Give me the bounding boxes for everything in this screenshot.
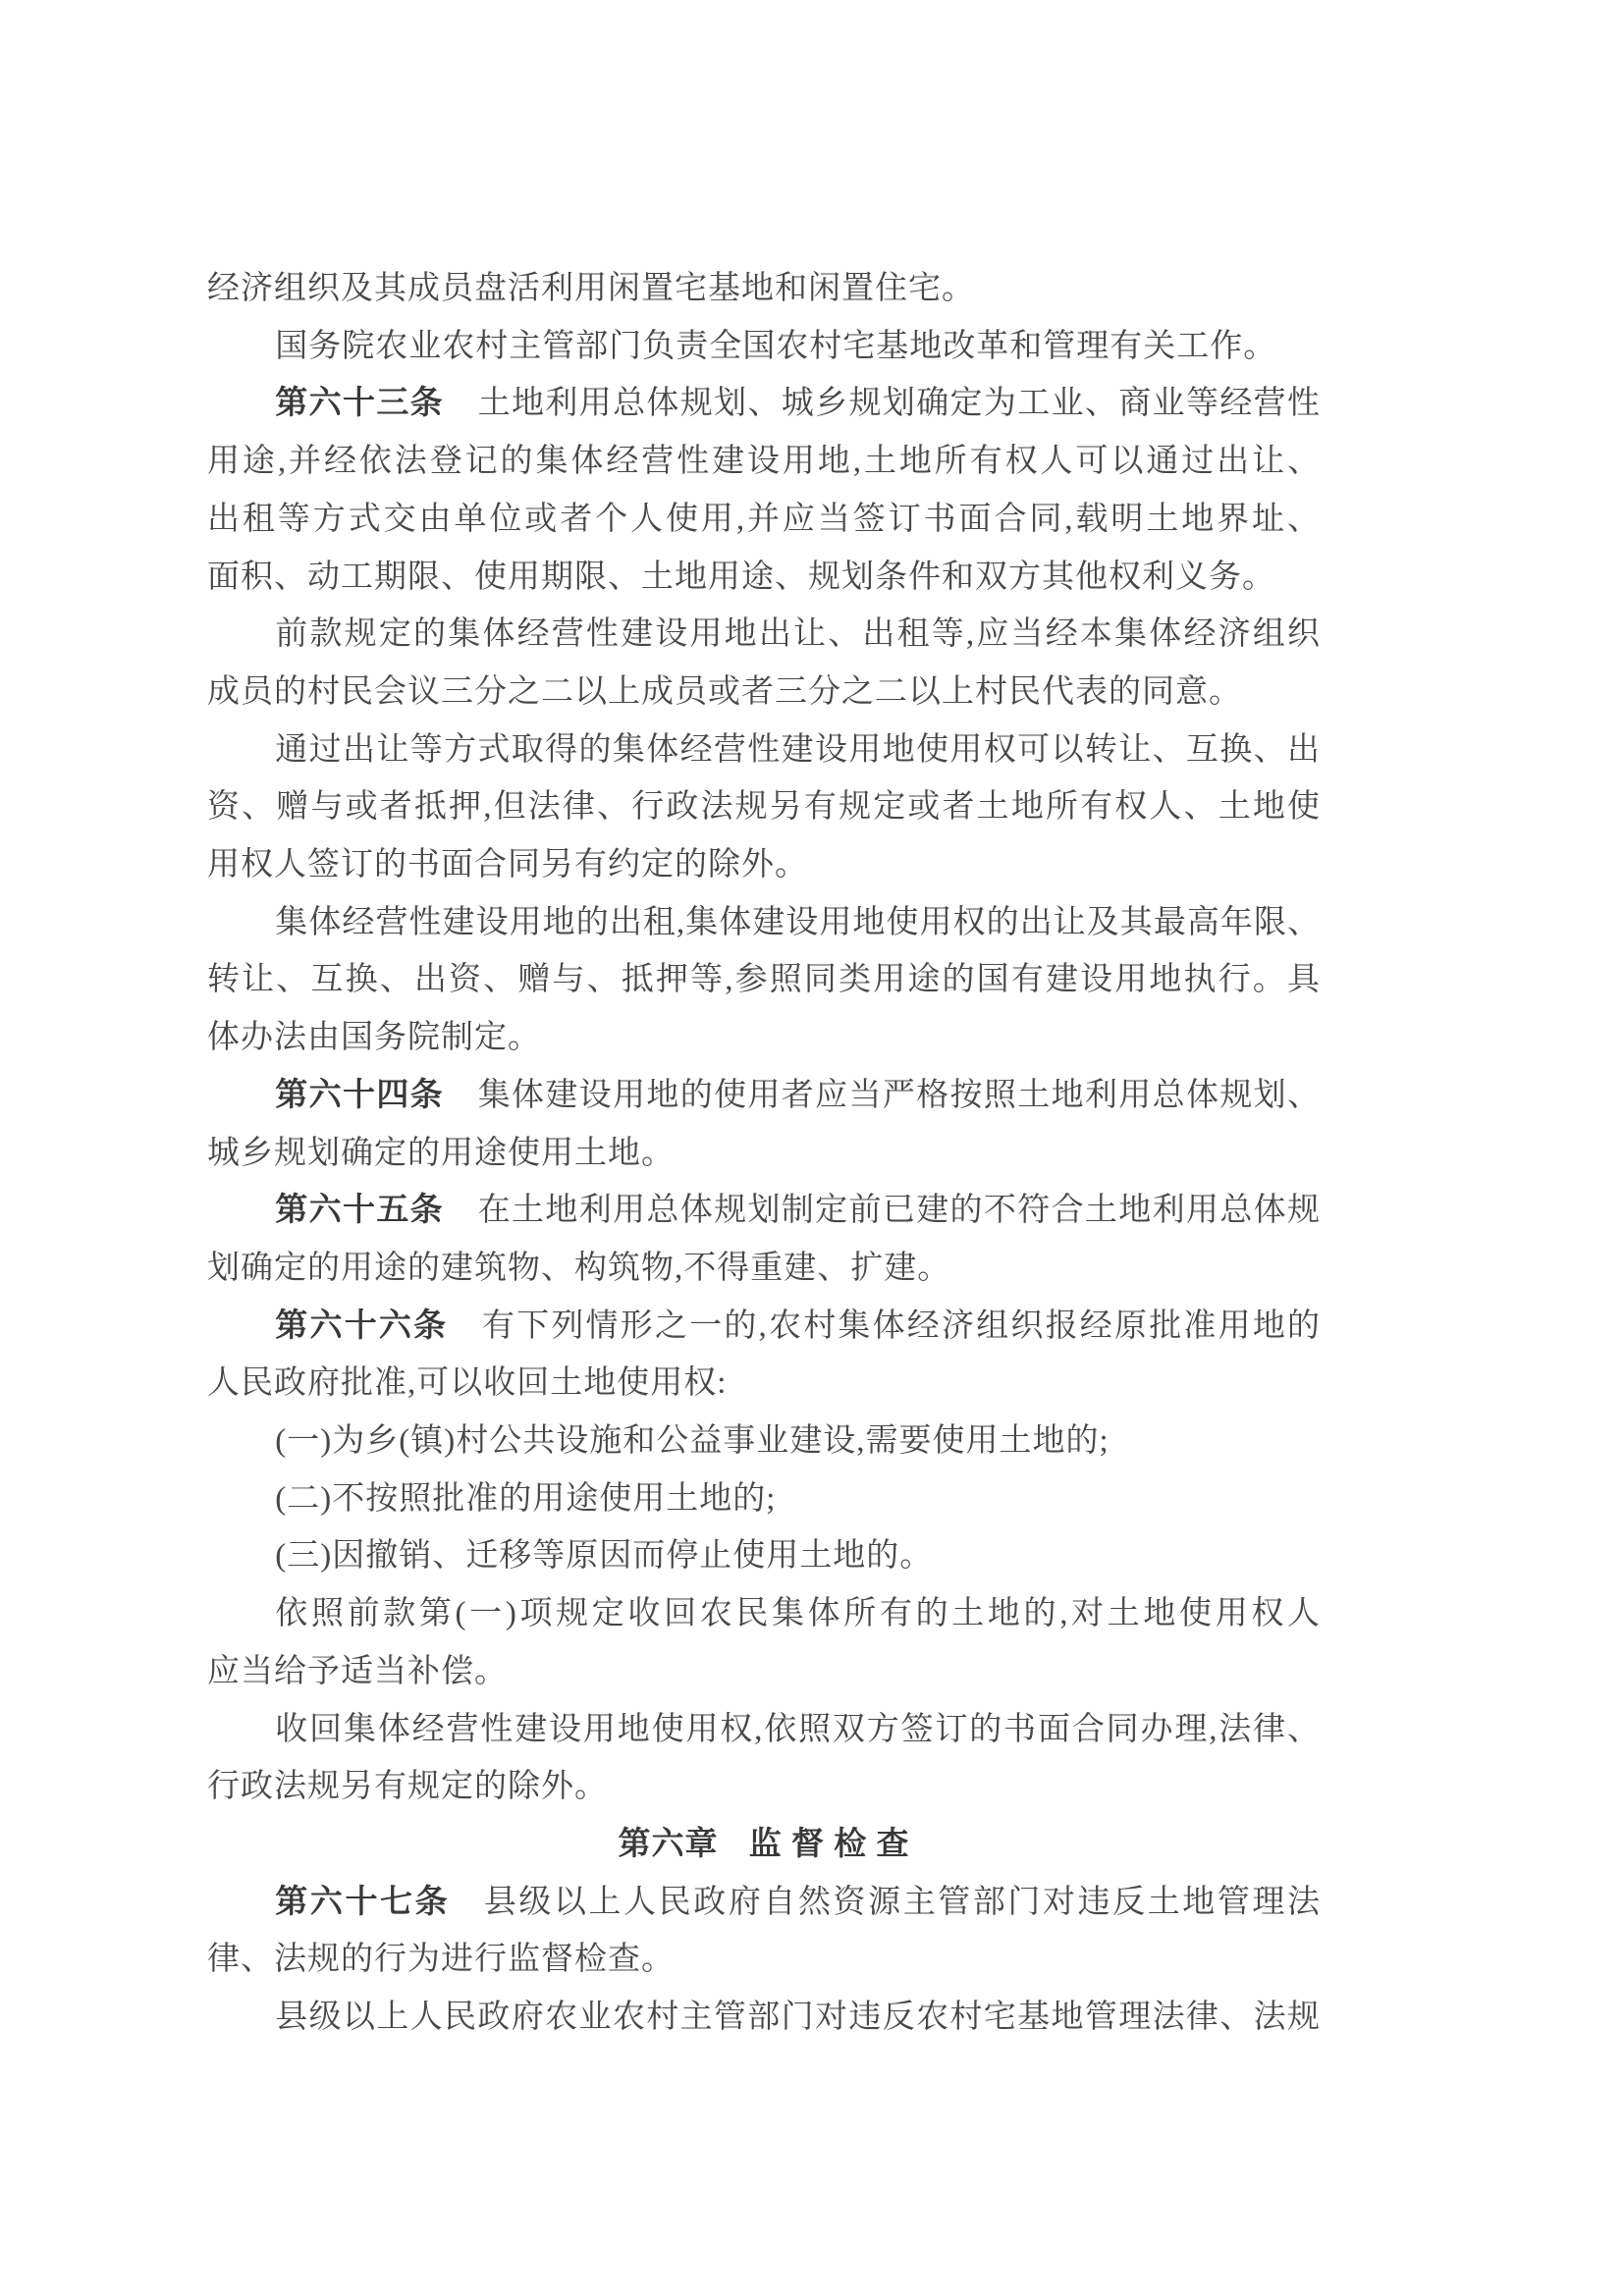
line-text: (二)不按照批准的用途使用土地的; (275, 1481, 776, 1517)
line-text: 经济组织及其成员盘活利用闲置宅基地和闲置住宅。 (207, 271, 975, 306)
document-page: 经济组织及其成员盘活利用闲置宅基地和闲置住宅。国务院农业农村主管部门负责全国农村… (0, 0, 1624, 2296)
line-text: 成员的村民会议三分之二以上成员或者三分之二以上村民代表的同意。 (207, 674, 1242, 710)
line-text: 用途,并经依法登记的集体经营性建设用地,土地所有权人可以通过出让、 (207, 444, 1321, 479)
text-line: 资、赠与或者抵押,但法律、行政法规另有规定或者土地所有权人、土地使 (207, 778, 1321, 836)
line-text: 前款规定的集体经营性建设用地出让、出租等,应当经本集体经济组织 (275, 616, 1321, 652)
text-line: 人民政府批准,可以收回土地使用权: (207, 1355, 1321, 1413)
text-line: (三)因撤销、迁移等原因而停止使用土地的。 (207, 1527, 1321, 1585)
line-text: 转让、互换、出资、赠与、抵押等,参照同类用途的国有建设用地执行。具 (207, 962, 1321, 997)
text-line: 第六十三条土地利用总体规划、城乡规划确定为工业、商业等经营性 (207, 375, 1321, 433)
text-line: 用途,并经依法登记的集体经营性建设用地,土地所有权人可以通过出让、 (207, 433, 1321, 491)
line-text: 土地利用总体规划、城乡规划确定为工业、商业等经营性 (478, 386, 1321, 421)
line-text: (一)为乡(镇)村公共设施和公益事业建设,需要使用土地的; (275, 1423, 1109, 1459)
chapter-heading: 第六章监 督 检 查 (207, 1816, 1321, 1874)
text-line: 收回集体经营性建设用地使用权,依照双方签订的书面合同办理,法律、 (207, 1701, 1321, 1759)
text-line: 依照前款第(一)项规定收回农民集体所有的土地的,对土地使用权人 (207, 1585, 1321, 1643)
text-line: 第六十四条集体建设用地的使用者应当严格按照土地利用总体规划、 (207, 1067, 1321, 1125)
text-line: 出租等方式交由单位或者个人使用,并应当签订书面合同,载明土地界址、 (207, 491, 1321, 549)
article-number: 第六十三条 (275, 386, 444, 421)
line-text: 集体经营性建设用地的出租,集体建设用地使用权的出让及其最高年限、 (275, 905, 1321, 940)
text-line: (一)为乡(镇)村公共设施和公益事业建设,需要使用土地的; (207, 1413, 1321, 1470)
line-text: 集体建设用地的使用者应当严格按照土地利用总体规划、 (478, 1078, 1321, 1113)
chapter-number: 第六章 (618, 1827, 718, 1862)
line-text: 出租等方式交由单位或者个人使用,并应当签订书面合同,载明土地界址、 (207, 502, 1321, 537)
line-text: 面积、动工期限、使用期限、土地用途、规划条件和双方其他权利义务。 (207, 560, 1275, 595)
line-text: 人民政府批准,可以收回土地使用权: (207, 1365, 727, 1401)
line-text: 行政法规另有规定的除外。 (207, 1769, 608, 1804)
article-number: 第六十七条 (275, 1885, 450, 1920)
text-line: 第六十五条在土地利用总体规划制定前已建的不符合土地利用总体规 (207, 1182, 1321, 1240)
text-line: 第六十六条有下列情形之一的,农村集体经济组织报经原批准用地的 (207, 1298, 1321, 1356)
text-line: 县级以上人民政府农业农村主管部门对违反农村宅基地管理法律、法规 (207, 1989, 1321, 2047)
text-line: 划确定的用途的建筑物、构筑物,不得重建、扩建。 (207, 1240, 1321, 1298)
text-line: (二)不按照批准的用途使用土地的; (207, 1470, 1321, 1528)
line-text: 通过出让等方式取得的集体经营性建设用地使用权可以转让、互换、出 (275, 732, 1321, 768)
line-text: 收回集体经营性建设用地使用权,依照双方签订的书面合同办理,法律、 (275, 1712, 1321, 1747)
text-line: 通过出让等方式取得的集体经营性建设用地使用权可以转让、互换、出 (207, 721, 1321, 779)
article-number: 第六十五条 (275, 1193, 444, 1228)
line-text: (三)因撤销、迁移等原因而停止使用土地的。 (275, 1538, 933, 1574)
line-text: 划确定的用途的建筑物、构筑物,不得重建、扩建。 (207, 1251, 950, 1286)
chapter-title: 监 督 检 查 (749, 1827, 910, 1862)
text-line: 转让、互换、出资、赠与、抵押等,参照同类用途的国有建设用地执行。具 (207, 951, 1321, 1009)
text-line: 体办法由国务院制定。 (207, 1009, 1321, 1067)
line-text: 体办法由国务院制定。 (207, 1020, 541, 1055)
text-line: 成员的村民会议三分之二以上成员或者三分之二以上村民代表的同意。 (207, 664, 1321, 721)
text-line: 律、法规的行为进行监督检查。 (207, 1931, 1321, 1989)
line-text: 在土地利用总体规划制定前已建的不符合土地利用总体规 (478, 1193, 1321, 1228)
line-text: 国务院农业农村主管部门负责全国农村宅基地改革和管理有关工作。 (275, 329, 1276, 364)
line-text: 依照前款第(一)项规定收回农民集体所有的土地的,对土地使用权人 (275, 1596, 1321, 1631)
line-text: 律、法规的行为进行监督检查。 (207, 1942, 675, 1977)
article-number: 第六十四条 (275, 1078, 444, 1113)
text-line: 前款规定的集体经营性建设用地出让、出租等,应当经本集体经济组织 (207, 606, 1321, 664)
article-number: 第六十六条 (275, 1308, 448, 1344)
line-text: 有下列情形之一的,农村集体经济组织报经原批准用地的 (482, 1308, 1321, 1344)
text-line: 国务院农业农村主管部门负责全国农村宅基地改革和管理有关工作。 (207, 318, 1321, 376)
line-text: 城乡规划确定的用途使用土地。 (207, 1136, 675, 1171)
line-text: 资、赠与或者抵押,但法律、行政法规另有规定或者土地所有权人、土地使 (207, 789, 1321, 825)
text-line: 行政法规另有规定的除外。 (207, 1758, 1321, 1816)
text-line: 应当给予适当补偿。 (207, 1643, 1321, 1701)
line-text: 应当给予适当补偿。 (207, 1654, 508, 1689)
line-text: 县级以上人民政府农业农村主管部门对违反农村宅基地管理法律、法规 (275, 2000, 1321, 2035)
line-text: 县级以上人民政府自然资源主管部门对违反土地管理法 (484, 1885, 1321, 1920)
line-text: 用权人签订的书面合同另有约定的除外。 (207, 847, 808, 882)
text-line: 面积、动工期限、使用期限、土地用途、规划条件和双方其他权利义务。 (207, 549, 1321, 607)
text-line: 城乡规划确定的用途使用土地。 (207, 1125, 1321, 1183)
text-line: 第六十七条县级以上人民政府自然资源主管部门对违反土地管理法 (207, 1874, 1321, 1932)
text-line: 集体经营性建设用地的出租,集体建设用地使用权的出让及其最高年限、 (207, 894, 1321, 952)
text-block: 经济组织及其成员盘活利用闲置宅基地和闲置住宅。国务院农业农村主管部门负责全国农村… (207, 260, 1321, 2047)
text-line: 用权人签订的书面合同另有约定的除外。 (207, 836, 1321, 894)
text-line: 经济组织及其成员盘活利用闲置宅基地和闲置住宅。 (207, 260, 1321, 318)
